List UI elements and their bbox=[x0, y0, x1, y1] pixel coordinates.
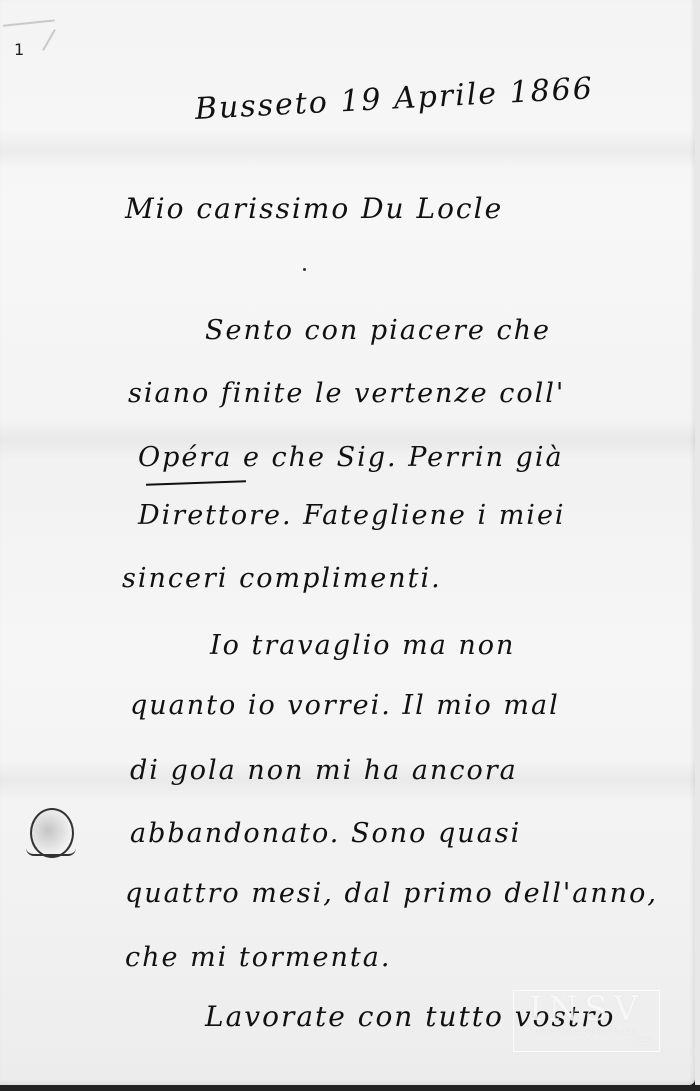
watermark-city: Parma bbox=[514, 1037, 659, 1043]
body-line-4: Direttore. Fategliene i miei bbox=[138, 500, 566, 531]
body-line-9: abbandonato. Sono quasi bbox=[130, 818, 521, 849]
body-line-6: Io travaglio ma non bbox=[210, 630, 515, 661]
manuscript-page: 1 Busseto 19 Aprile 1866 Mio carissimo D… bbox=[0, 0, 695, 1085]
body-line-7: quanto io vorrei. Il mio mal bbox=[130, 690, 560, 721]
body-line-2: siano finite le vertenze coll' bbox=[128, 378, 565, 409]
body-line-5: sinceri complimenti. bbox=[122, 563, 442, 594]
body-line-12: Lavorate con tutto vostro bbox=[205, 1000, 615, 1033]
date-line: Busseto 19 Aprile 1866 bbox=[194, 71, 595, 127]
scan-bottom-border bbox=[0, 1085, 700, 1091]
body-line-8: di gola non mi ha ancora bbox=[130, 755, 518, 786]
body-line-10: quattro mesi, dal primo dell'anno, bbox=[125, 878, 658, 909]
page-right-edge bbox=[695, 0, 700, 1091]
folio-number: 1 bbox=[14, 40, 24, 59]
ink-dot bbox=[303, 268, 306, 271]
opera-underline bbox=[146, 480, 246, 485]
paper-shading bbox=[0, 130, 695, 170]
corner-crease-mark bbox=[3, 19, 57, 48]
body-line-1: Sento con piacere che bbox=[205, 315, 551, 346]
salutation: Mio carissimo Du Locle bbox=[125, 192, 503, 225]
body-line-11: che mi tormenta. bbox=[125, 942, 391, 973]
library-stamp-base bbox=[26, 848, 76, 856]
body-line-3: Opéra e che Sig. Perrin già bbox=[138, 442, 564, 473]
